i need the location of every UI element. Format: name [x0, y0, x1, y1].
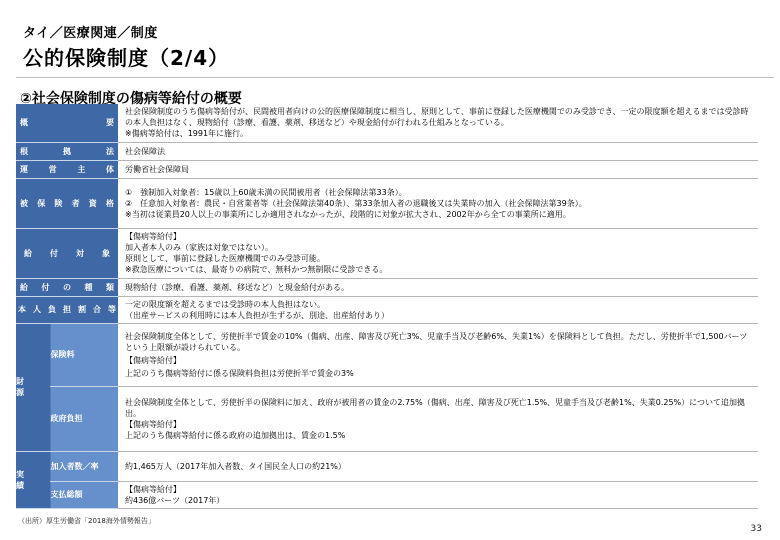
row-label-premium: 保険料	[50, 323, 118, 386]
row-label-legal-basis: 根 拠 法	[16, 142, 118, 160]
row-label-government-share: 政府負担	[50, 386, 118, 451]
table-row-results-enrollment: 実績 加入者数／率 約1,465万人（2017年加入者数、タイ国民全人口の約21…	[16, 451, 758, 481]
title-divider	[16, 77, 774, 78]
source-note: （出所）厚生労働省「2018海外情勢報告」	[18, 516, 155, 526]
row-value-benefit-types: 現物給付（診療、看護、薬剤、移送など）と現金給付がある。	[118, 278, 758, 296]
row-value-eligibility: ① 強制加入対象者：15歳以上60歳未満の民間被用者（社会保障法第33条）。 ②…	[118, 178, 758, 228]
row-value-total-payments: 【傷病等給付】 約436億バーツ（2017年）	[118, 481, 758, 508]
row-label-benefit-target: 給 付 対 象	[16, 228, 118, 278]
page-number: 33	[751, 524, 762, 534]
row-value-copayment: 一定の限度額を超えるまでは受診時の本人負担はない。 （出産サービスの利用時には本…	[118, 296, 758, 323]
row-value-legal-basis: 社会保障法	[118, 142, 758, 160]
table-row-funding-premium: 財源 保険料 社会保険制度全体として、労使折半で賃金の10%（傷病、出産、障害及…	[16, 323, 758, 386]
row-value-premium: 社会保険制度全体として、労使折半で賃金の10%（傷病、出産、障害及び死亡3%、児…	[118, 323, 758, 386]
benefit-overview-table: 概 要 社会保険制度のうち傷病等給付が、民間被用者向けの公的医療保障制度に相当し…	[16, 104, 758, 509]
table-row-overview: 概 要 社会保険制度のうち傷病等給付が、民間被用者向けの公的医療保障制度に相当し…	[16, 104, 758, 142]
row-label-eligibility: 被 保 険 者 資 格	[16, 178, 118, 228]
table-row-benefit-types: 給 付 の 種 類 現物給付（診療、看護、薬剤、移送など）と現金給付がある。	[16, 278, 758, 296]
row-label-total-payments: 支払総額	[50, 481, 118, 508]
row-label-benefit-types: 給 付 の 種 類	[16, 278, 118, 296]
table-row-legal-basis: 根 拠 法 社会保障法	[16, 142, 758, 160]
row-category-results: 実績	[16, 451, 50, 508]
table-row-benefit-target: 給 付 対 象 【傷病等給付】 加入者本人のみ（家族は対象ではない）。 原則とし…	[16, 228, 758, 278]
page-title: 公的保険制度（2/4）	[23, 42, 229, 71]
table-row-operator: 運 営 主 体 労働省社会保障局	[16, 160, 758, 178]
table-row-eligibility: 被 保 険 者 資 格 ① 強制加入対象者：15歳以上60歳未満の民間被用者（社…	[16, 178, 758, 228]
row-label-enrollment: 加入者数／率	[50, 451, 118, 481]
row-label-operator: 運 営 主 体	[16, 160, 118, 178]
row-category-funding: 財源	[16, 323, 50, 451]
row-value-benefit-target: 【傷病等給付】 加入者本人のみ（家族は対象ではない）。 原則として、事前に登録し…	[118, 228, 758, 278]
row-value-operator: 労働省社会保障局	[118, 160, 758, 178]
table-row-copayment: 本 人 負 担 割 合 等 一定の限度額を超えるまでは受診時の本人負担はない。 …	[16, 296, 758, 323]
table-row-results-payments: 支払総額 【傷病等給付】 約436億バーツ（2017年）	[16, 481, 758, 508]
row-label-copayment: 本 人 負 担 割 合 等	[16, 296, 118, 323]
row-value-overview: 社会保険制度のうち傷病等給付が、民間被用者向けの公的医療保障制度に相当し、原則と…	[118, 104, 758, 142]
breadcrumb: タイ／医療関連／制度	[23, 22, 158, 41]
row-value-government-share: 社会保険制度全体として、労使折半の保険料に加え、政府が被用者の賃金の2.75%（…	[118, 386, 758, 451]
table-row-funding-government: 政府負担 社会保険制度全体として、労使折半の保険料に加え、政府が被用者の賃金の2…	[16, 386, 758, 451]
row-value-enrollment: 約1,465万人（2017年加入者数、タイ国民全人口の約21%）	[118, 451, 758, 481]
row-label-overview: 概 要	[16, 104, 118, 142]
